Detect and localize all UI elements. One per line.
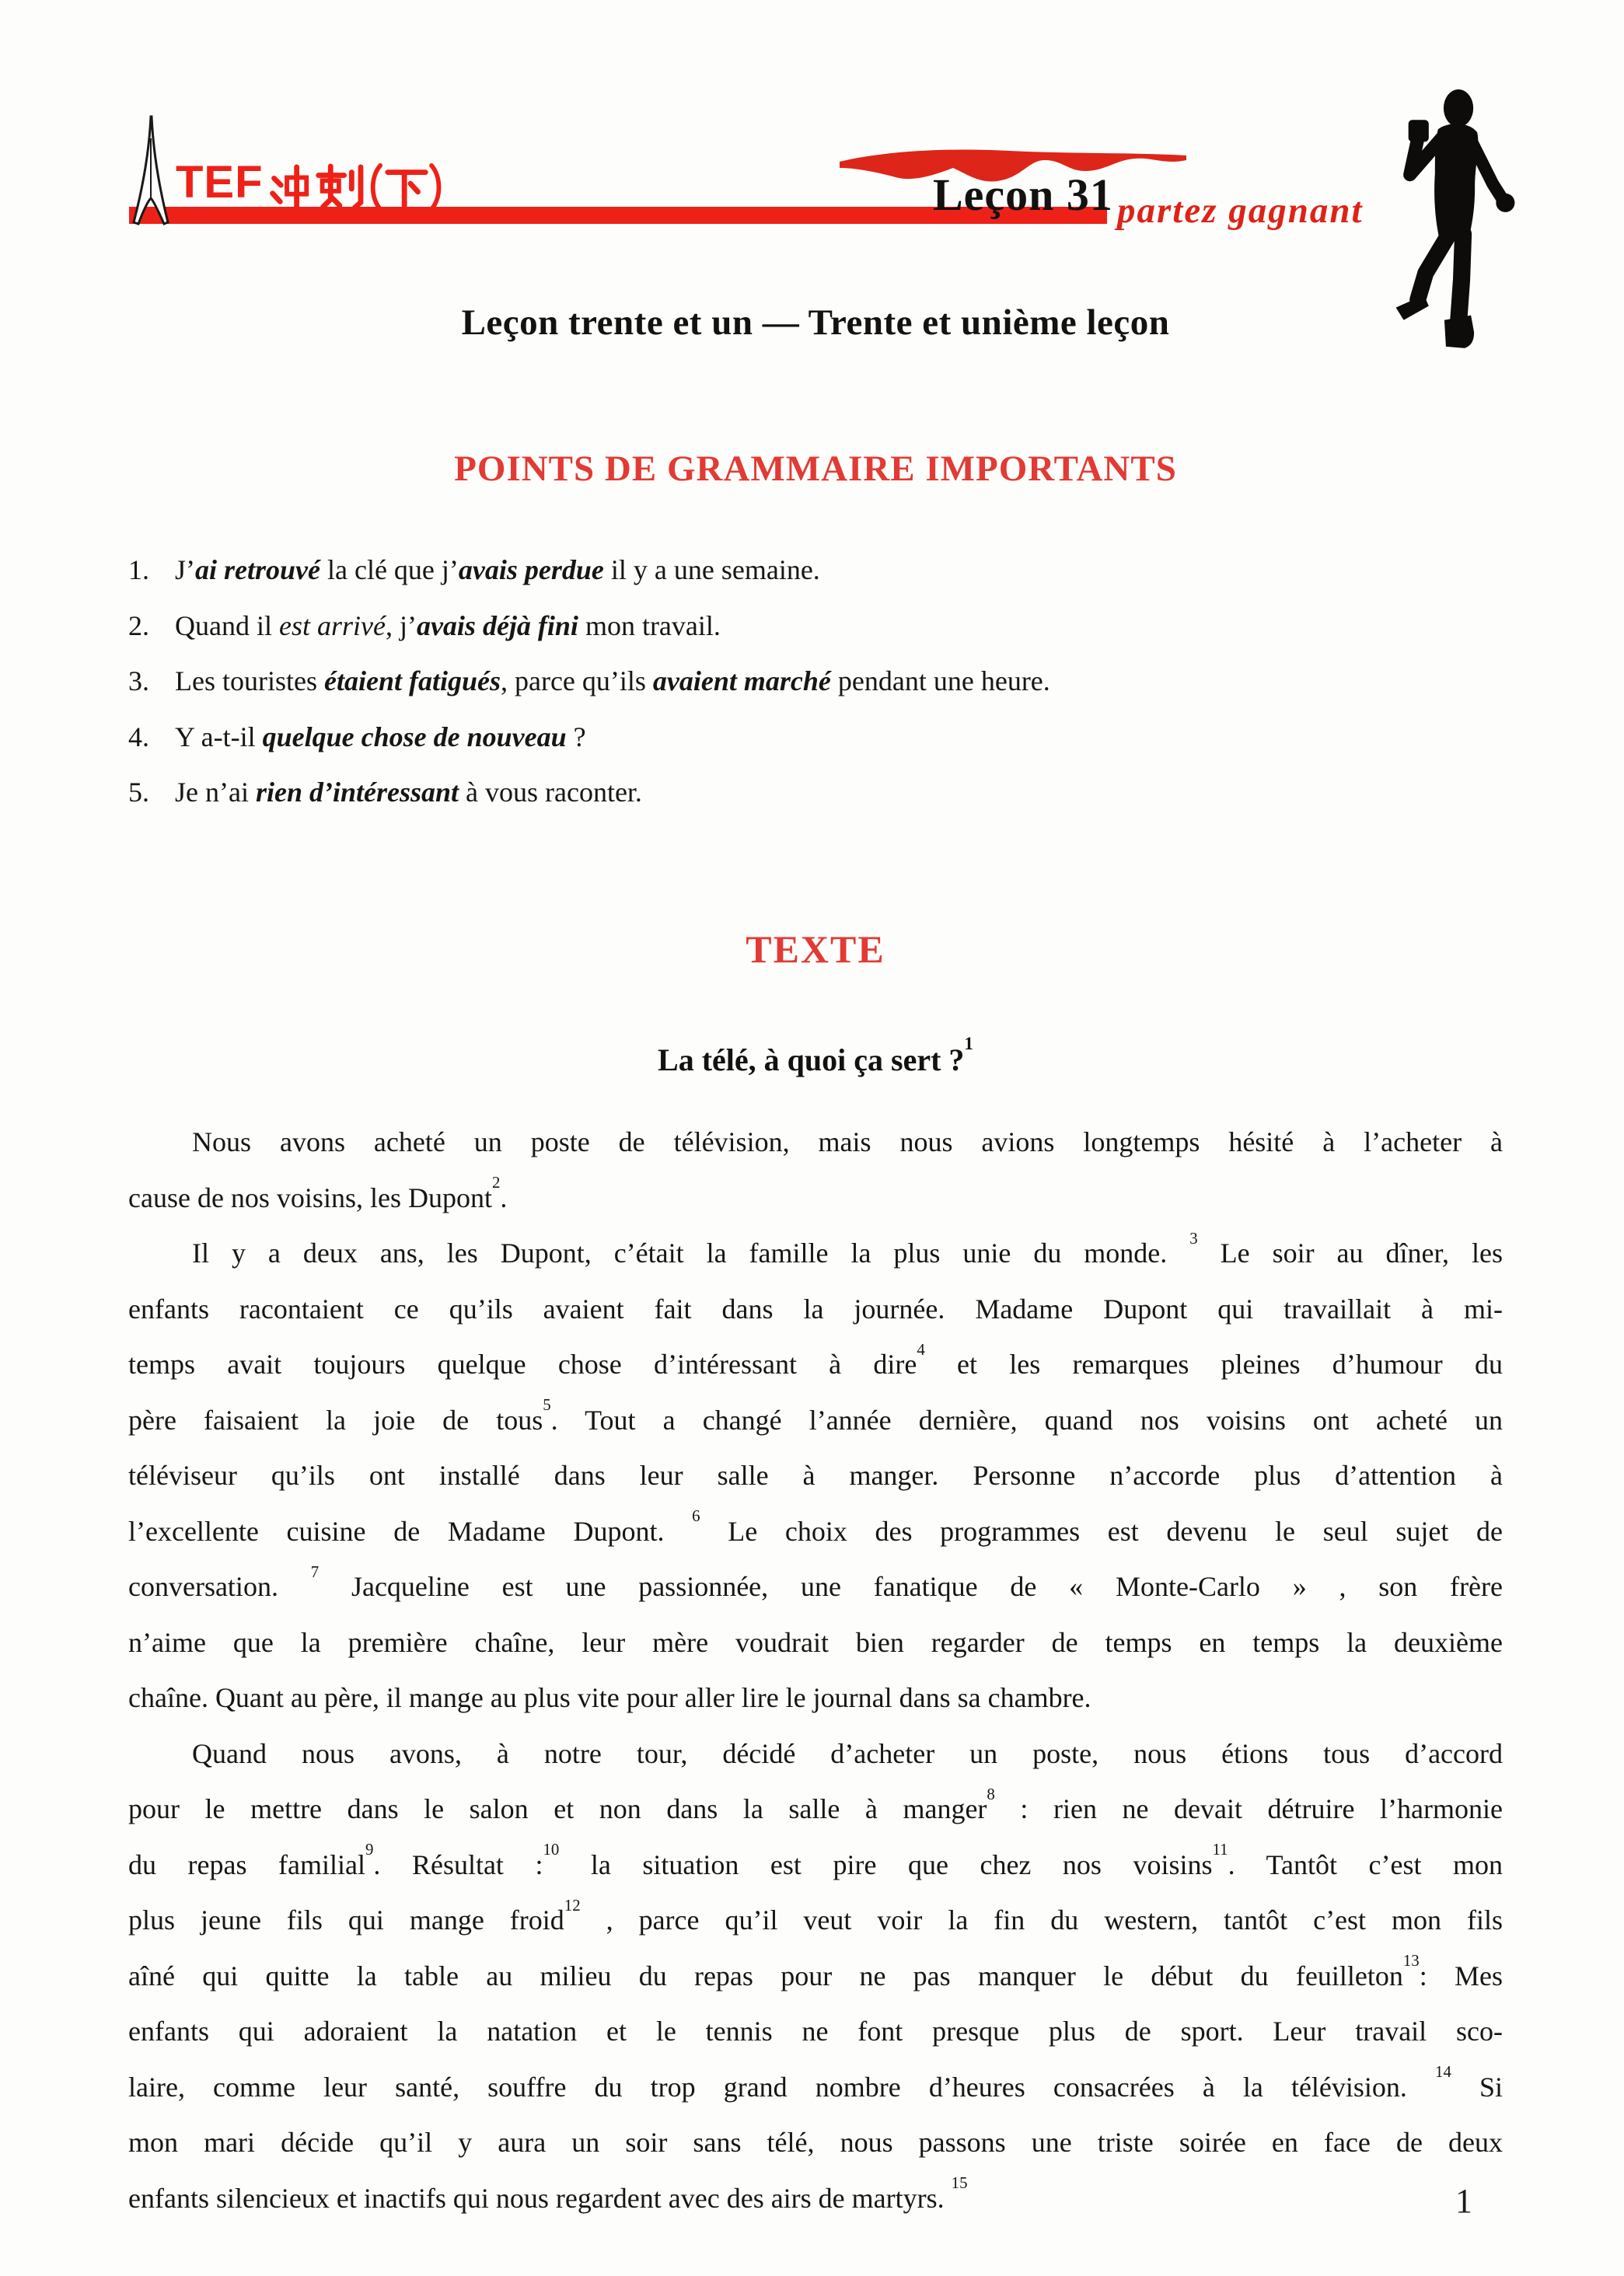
page-number: 1 bbox=[1455, 2181, 1472, 2221]
text-line: pour le mettre dans le salon et non dans… bbox=[128, 1782, 1503, 1838]
footnote-ref: 9 bbox=[365, 1840, 373, 1859]
text-segment: avaient marché bbox=[653, 665, 831, 696]
text-segment: avais déjà fini bbox=[417, 610, 578, 641]
logo-chinese-icon bbox=[267, 163, 452, 211]
footnote-ref: 5 bbox=[543, 1395, 550, 1414]
logo-chinese-text: 冲刺(下) bbox=[0, 0, 1, 1]
text-segment: l’excellente cuisine de Madame Dupont. bbox=[128, 1516, 692, 1547]
texte-subtitle: La télé, à quoi ça sert ?1 bbox=[128, 1042, 1503, 1078]
text-segment: Si bbox=[1451, 2072, 1503, 2103]
footnote-ref: 13 bbox=[1403, 1951, 1420, 1970]
text-segment: téléviseur qu’ils ont installé dans leur… bbox=[128, 1460, 1503, 1491]
text-segment: Nous avons acheté un poste de télévision… bbox=[192, 1126, 1503, 1157]
text-segment: à vous raconter. bbox=[459, 777, 642, 808]
text-line: cause de nos voisins, les Dupont2. bbox=[128, 1171, 1503, 1227]
footnote-ref: 14 bbox=[1435, 2062, 1451, 2081]
text-line: Il y a deux ans, les Dupont, c’était la … bbox=[128, 1226, 1503, 1282]
footnote-ref: 3 bbox=[1189, 1229, 1197, 1248]
text-segment: Quand il bbox=[175, 610, 279, 641]
text-line: n’aime que la première chaîne, leur mère… bbox=[128, 1615, 1503, 1671]
text-segment: étaient fatigués bbox=[324, 665, 501, 696]
text-segment: rien d’intéressant bbox=[256, 777, 459, 808]
text-line: enfants racontaient ce qu’ils avaient fa… bbox=[128, 1282, 1503, 1338]
text-segment: Il y a deux ans, les Dupont, c’était la … bbox=[192, 1237, 1189, 1269]
text-segment: : rien ne devait détruire l’harmonie bbox=[995, 1793, 1503, 1824]
logo-tef-text: TEF bbox=[176, 160, 264, 205]
text-segment: quelque chose de nouveau bbox=[263, 721, 567, 752]
text-segment: Quand nous avons, à notre tour, décidé d… bbox=[192, 1738, 1503, 1769]
grammar-heading: POINTS DE GRAMMAIRE IMPORTANTS bbox=[128, 448, 1503, 490]
text-line: Quand nous avons, à notre tour, décidé d… bbox=[128, 1726, 1503, 1782]
text-segment: mon travail. bbox=[578, 610, 721, 641]
text-segment: il y a une semaine. bbox=[604, 554, 820, 585]
pen-nib-spike-icon bbox=[131, 115, 171, 225]
text-segment: . Tantôt c’est mon bbox=[1228, 1849, 1503, 1880]
tagline-text: partez gagnant bbox=[1117, 191, 1364, 232]
text-segment: la situation est pire que chez nos voisi… bbox=[559, 1849, 1212, 1880]
grammar-item: 3.Les touristes étaient fatigués, parce … bbox=[128, 654, 1503, 710]
text-line: père faisaient la joie de tous5. Tout a … bbox=[128, 1393, 1503, 1449]
text-segment: n’aime que la première chaîne, leur mère… bbox=[128, 1627, 1503, 1658]
footnote-ref: 2 bbox=[492, 1173, 500, 1192]
text-line: plus jeune fils qui mange froid12 , parc… bbox=[128, 1893, 1503, 1949]
text-segment: est arrivé bbox=[279, 610, 386, 641]
footnote-ref: 1 bbox=[964, 1034, 973, 1054]
text-segment: la clé que j’ bbox=[320, 554, 459, 585]
text-segment: et les remarques pleines d’humour du bbox=[925, 1349, 1503, 1380]
text-segment: enfants silencieux et inactifs qui nous … bbox=[128, 2183, 952, 2214]
text-line: laire, comme leur santé, souffre du trop… bbox=[128, 2060, 1503, 2116]
text-segment: Le soir au dîner, les bbox=[1198, 1237, 1503, 1269]
text-segment: . Résultat : bbox=[373, 1849, 543, 1880]
lesson-badge: Leçon 31 bbox=[933, 173, 1113, 218]
grammar-item-number: 2. bbox=[128, 599, 175, 655]
text-line: conversation. 7 Jacqueline est une passi… bbox=[128, 1559, 1503, 1615]
text-segment: chaîne. Quant au père, il mange au plus … bbox=[128, 1682, 1091, 1713]
footnote-ref: 10 bbox=[543, 1840, 559, 1859]
text-segment: Je n’ai bbox=[175, 777, 256, 808]
text-line: mon mari décide qu’il y aura un soir san… bbox=[128, 2115, 1503, 2171]
text-line: temps avait toujours quelque chose d’int… bbox=[128, 1337, 1503, 1393]
footnote-ref: 4 bbox=[917, 1340, 924, 1359]
text-segment: père faisaient la joie de tous bbox=[128, 1405, 543, 1436]
grammar-item: 4.Y a-t-il quelque chose de nouveau ? bbox=[128, 710, 1503, 766]
text-segment: ? bbox=[567, 721, 586, 752]
text-segment: avais perdue bbox=[459, 554, 604, 585]
grammar-item-number: 4. bbox=[128, 710, 175, 766]
text-line: du repas familial9. Résultat :10 la situ… bbox=[128, 1838, 1503, 1894]
text-segment: temps avait toujours quelque chose d’int… bbox=[128, 1349, 917, 1380]
texte-body: Nous avons acheté un poste de télévision… bbox=[128, 1115, 1503, 2226]
grammar-item-number: 1. bbox=[128, 543, 175, 599]
text-segment: J’ bbox=[175, 554, 195, 585]
text-segment: plus jeune fils qui mange froid bbox=[128, 1904, 564, 1936]
running-man-icon bbox=[1389, 87, 1517, 361]
page-title: Leçon trente et un — Trente et unième le… bbox=[128, 302, 1503, 344]
text-line: chaîne. Quant au père, il mange au plus … bbox=[128, 1670, 1503, 1726]
text-segment: Y a-t-il bbox=[175, 721, 263, 752]
grammar-list: 1.J’ai retrouvé la clé que j’avais perdu… bbox=[128, 543, 1503, 821]
text-segment: pendant une heure. bbox=[831, 665, 1050, 696]
grammar-item: 1.J’ai retrouvé la clé que j’avais perdu… bbox=[128, 543, 1503, 599]
text-segment: cause de nos voisins, les Dupont bbox=[128, 1182, 492, 1213]
text-segment: Jacqueline est une passionnée, une fanat… bbox=[319, 1571, 1503, 1602]
text-segment: , parce qu’ils bbox=[501, 665, 653, 696]
text-segment: . Tout a changé l’année dernière, quand … bbox=[551, 1405, 1503, 1436]
grammar-item: 5.Je n’ai rien d’intéressant à vous raco… bbox=[128, 765, 1503, 821]
text-segment: Le choix des programmes est devenu le se… bbox=[700, 1516, 1503, 1547]
text-segment: enfants qui adoraient la natation et le … bbox=[128, 2016, 1503, 2047]
text-line: Nous avons acheté un poste de télévision… bbox=[128, 1115, 1503, 1171]
grammar-item-number: 3. bbox=[128, 654, 175, 710]
grammar-item-number: 5. bbox=[128, 765, 175, 821]
text-line: l’excellente cuisine de Madame Dupont. 6… bbox=[128, 1504, 1503, 1560]
text-segment: Les touristes bbox=[175, 665, 324, 696]
text-segment: laire, comme leur santé, souffre du trop… bbox=[128, 2072, 1435, 2103]
text-segment: pour le mettre dans le salon et non dans… bbox=[128, 1793, 987, 1824]
text-segment: conversation. bbox=[128, 1571, 311, 1602]
grammar-item: 2.Quand il est arrivé, j’avais déjà fini… bbox=[128, 599, 1503, 655]
text-segment: , j’ bbox=[386, 610, 417, 641]
footnote-ref: 12 bbox=[564, 1896, 581, 1915]
text-segment: . bbox=[500, 1182, 507, 1213]
footnote-ref: 11 bbox=[1213, 1840, 1228, 1859]
text-segment: du repas familial bbox=[128, 1849, 365, 1880]
footnote-ref: 15 bbox=[952, 2173, 968, 2192]
texte-heading: TEXTE bbox=[128, 927, 1503, 972]
text-segment: enfants racontaient ce qu’ils avaient fa… bbox=[128, 1293, 1503, 1325]
text-segment: La télé, à quoi ça sert ? bbox=[658, 1042, 964, 1077]
text-segment: , parce qu’il veut voir la fin du wester… bbox=[581, 1904, 1503, 1936]
text-line: aîné qui quitte la table au milieu du re… bbox=[128, 1949, 1503, 2005]
footnote-ref: 6 bbox=[692, 1506, 700, 1525]
text-segment: aîné qui quitte la table au milieu du re… bbox=[128, 1960, 1403, 1991]
textbook-page: TEF 冲刺(下) Leçon 31 partez gagnant bbox=[0, 0, 1624, 2276]
text-line: enfants qui adoraient la natation et le … bbox=[128, 2004, 1503, 2060]
text-segment: ai retrouvé bbox=[195, 554, 320, 585]
text-segment: mon mari décide qu’il y aura un soir san… bbox=[128, 2127, 1503, 2158]
footnote-ref: 8 bbox=[987, 1785, 994, 1803]
text-segment: : Mes bbox=[1420, 1960, 1503, 1991]
text-line: enfants silencieux et inactifs qui nous … bbox=[128, 2171, 1503, 2227]
footnote-ref: 7 bbox=[311, 1562, 319, 1581]
text-line: téléviseur qu’ils ont installé dans leur… bbox=[128, 1448, 1503, 1504]
